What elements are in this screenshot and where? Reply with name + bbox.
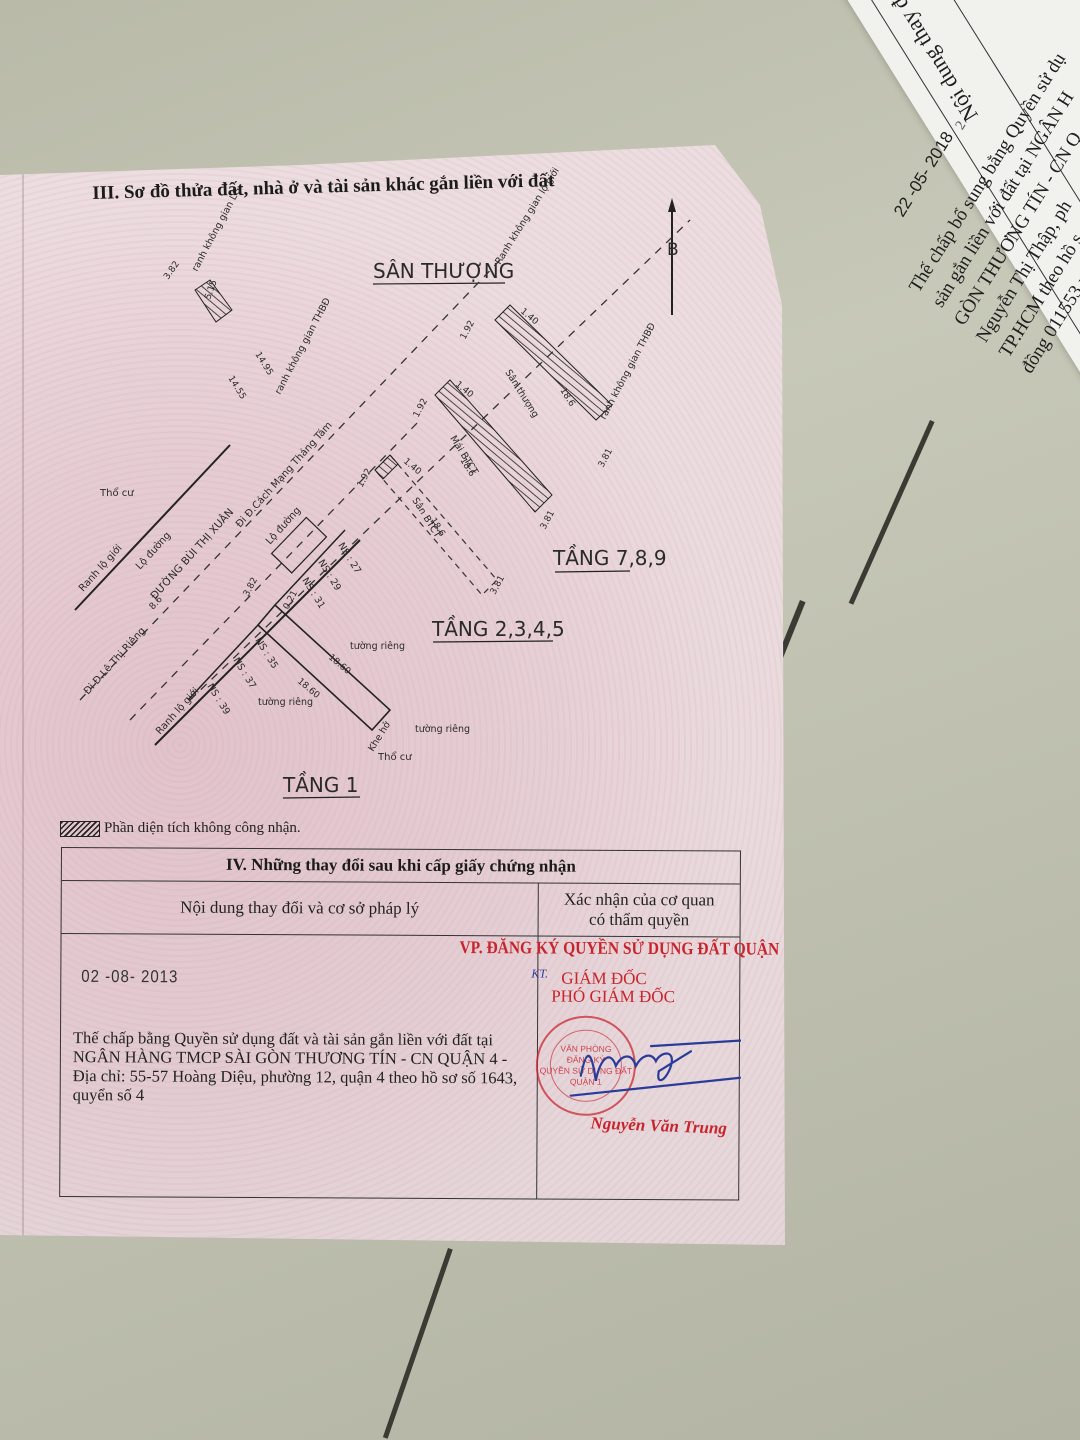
svg-text:B: B [667, 240, 679, 260]
svg-text:Ranh không gian lộ giới: Ranh không gian lộ giới [493, 166, 562, 267]
svg-text:TẦNG 7,8,9: TẦNG 7,8,9 [552, 545, 667, 570]
svg-text:3.82: 3.82 [242, 576, 260, 598]
svg-text:0.21: 0.21 [282, 589, 300, 611]
legend: Phần diện tích không công nhận. [60, 820, 301, 837]
svg-text:3.81: 3.81 [597, 447, 615, 469]
second-page-date: 22 -05- 2018 [890, 128, 958, 220]
kt-mark: KT. [531, 966, 548, 981]
land-certificate-page: III. Sơ đồ thửa đất, nhà ở và tài sản kh… [0, 145, 785, 1250]
svg-text:Ranh lộ giới: Ranh lộ giới [76, 542, 124, 594]
section-4-title: IV. Những thay đổi sau khi cấp giấy chứn… [62, 848, 740, 885]
north-arrow-icon: B [667, 198, 679, 315]
svg-text:NS : 39: NS : 39 [204, 682, 232, 717]
col-authority-header-line1: Xác nhận của cơ quan [539, 890, 740, 911]
signature-icon [541, 1021, 741, 1112]
second-document-page: Nội dung thay đổi và cơ [760, 0, 1080, 471]
svg-text:14.55: 14.55 [225, 374, 247, 401]
svg-text:ranh không gian LG.: ranh không gian LG. [190, 183, 245, 273]
svg-text:18.60: 18.60 [326, 653, 352, 677]
svg-text:1.40: 1.40 [401, 457, 423, 478]
col-content-header: Nội dung thay đổi và cơ sở pháp lý [62, 881, 539, 935]
col-authority-header: Xác nhận của cơ quan có thẩm quyền [539, 884, 740, 937]
svg-text:3.81: 3.81 [539, 509, 557, 531]
svg-text:NS : 37: NS : 37 [230, 656, 258, 691]
svg-text:ranh không gian THBĐ: ranh không gian THBĐ [598, 321, 658, 421]
svg-text:NS : 27: NS : 27 [335, 541, 363, 576]
svg-text:ranh không gian THBĐ: ranh không gian THBĐ [273, 296, 333, 396]
svg-text:1.92: 1.92 [459, 319, 477, 341]
svg-text:tường riêng: tường riêng [415, 724, 470, 735]
entry-text: Thế chấp bằng Quyền sử dụng đất và tài s… [73, 1028, 543, 1106]
floor-plan-diagram: B SÂN THƯỢNG TẦNG 7,8,9 TẦNG 2,3,4,5 TẦN… [0, 145, 785, 805]
svg-text:1.92: 1.92 [412, 397, 430, 419]
svg-text:TẦNG 2,3,4,5: TẦNG 2,3,4,5 [431, 616, 565, 641]
hatch-swatch-icon [60, 821, 100, 837]
legend-label: Phần diện tích không công nhận. [104, 820, 301, 837]
entry-line: Thế chấp bằng Quyền sử dụng đất và tài s… [73, 1028, 543, 1049]
entry-line: Địa chỉ: 55-57 Hoàng Diệu, phường 12, qu… [73, 1066, 543, 1087]
role-deputy-director: PHÓ GIÁM ĐỐC [551, 987, 675, 1008]
svg-text:Thổ cư: Thổ cư [99, 486, 134, 499]
second-page-header: Nội dung thay đổi và cơ [849, 0, 984, 126]
floor-tile-gap [383, 1248, 453, 1439]
signer-name: Nguyễn Văn Trung [590, 1113, 727, 1138]
svg-text:14.95: 14.95 [252, 350, 274, 377]
svg-text:SÂN THƯỢNG: SÂN THƯỢNG [373, 259, 514, 283]
svg-text:Khe hở: Khe hở [366, 720, 393, 754]
entry-date: 02 -08- 2013 [81, 967, 178, 987]
svg-text:Đi Đ.Lê Thị Riêng: Đi Đ.Lê Thị Riêng [81, 625, 148, 697]
svg-text:Ranh lộ giới: Ranh lộ giới [153, 685, 201, 737]
entry-line: NGÂN HÀNG TMCP SÀI GÒN THƯƠNG TÍN - CN Q… [73, 1047, 543, 1068]
svg-text:Lộ đường: Lộ đường [133, 530, 173, 572]
svg-text:TẦNG 1: TẦNG 1 [282, 772, 358, 797]
svg-text:NS : 29: NS : 29 [315, 558, 343, 593]
registration-office-stamp: VP. ĐĂNG KÝ QUYỀN SỬ DỤNG ĐẤT QUẬN 1 [459, 938, 791, 960]
floor-tile-gap [849, 420, 935, 605]
svg-text:tường riêng: tường riêng [258, 697, 313, 708]
svg-text:tường riêng: tường riêng [350, 641, 405, 652]
svg-text:Thổ cư: Thổ cư [377, 750, 412, 763]
svg-text:1.92: 1.92 [356, 467, 374, 489]
svg-text:3.81: 3.81 [489, 574, 507, 596]
svg-text:Đi Đ.Cách Mạng Tháng Tám: Đi Đ.Cách Mạng Tháng Tám [233, 419, 334, 530]
entry-line: quyển số 4 [73, 1085, 543, 1106]
changes-table: IV. Những thay đổi sau khi cấp giấy chứn… [59, 847, 741, 1201]
col-authority-header-line2: có thẩm quyền [539, 910, 740, 931]
svg-text:3.82: 3.82 [162, 260, 182, 282]
